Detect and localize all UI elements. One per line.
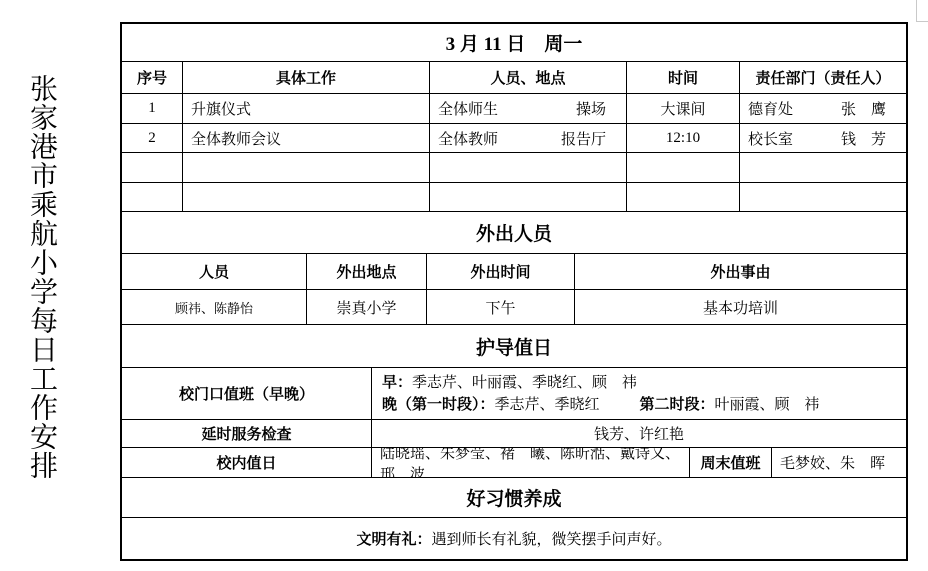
delay-check-row: 延时服务检查 钱芳、许红艳 (122, 420, 906, 448)
cell-task: 升旗仪式 (183, 94, 430, 123)
main-column-header-row: 序号 具体工作 人员、地点 时间 责任部门（责任人） (122, 62, 906, 94)
cell-task (183, 183, 430, 211)
campus-duty-names: 陆晓瑶、朱梦莹、褚 曦、陈昕湉、戴诗又、邢 波 (372, 448, 690, 477)
cell-personnel-place: 全体教师 报告厅 (430, 124, 627, 152)
col-header-task: 具体工作 (183, 62, 430, 93)
campus-duty-label: 校内值日 (122, 448, 372, 477)
vertical-page-title: 张家港市乘航小学每日工作安排 (24, 74, 60, 504)
table-row-empty (122, 183, 906, 212)
cell-dept (740, 153, 906, 182)
cell-dept-name: 德育处 (748, 98, 793, 119)
cell-personnel-place: 全体师生 操场 (430, 94, 627, 123)
cell-personnel: 全体师生 (438, 98, 498, 119)
cell-dept (740, 183, 906, 211)
duty-section-title: 护导值日 (122, 325, 906, 368)
gate-duty-evening-line: 晚（第一时段）：季志芹、季晓红第二时段：叶丽霞、顾 祎 (382, 394, 820, 416)
cell-dept-name: 校长室 (748, 128, 793, 149)
outing-place: 崇真小学 (307, 290, 427, 324)
cell-location: 报告厅 (561, 128, 606, 149)
cell-task: 全体教师会议 (183, 124, 430, 152)
weekend-duty-names: 毛梦姣、朱 晖 (772, 448, 906, 477)
second-period-names: 叶丽霞、顾 祎 (715, 397, 820, 413)
evening-label: 晚（第一时段）： (382, 397, 495, 413)
outing-column-header-row: 人员 外出地点 外出时间 外出事由 (122, 254, 906, 290)
outing-col-place: 外出地点 (307, 254, 427, 289)
habit-section-title: 好习惯养成 (122, 478, 906, 518)
schedule-table: 3 月 11 日 周一 序号 具体工作 人员、地点 时间 责任部门（责任人） 1… (120, 22, 908, 561)
cell-location: 操场 (576, 98, 606, 119)
cell-personnel: 全体教师 (438, 128, 498, 149)
outing-col-time: 外出时间 (427, 254, 575, 289)
col-header-personnel-place: 人员、地点 (430, 62, 627, 93)
morning-names: 季志芹、叶丽霞、季晓红、顾 祎 (412, 375, 637, 391)
outing-col-reason: 外出事由 (575, 254, 906, 289)
table-row: 1 升旗仪式 全体师生 操场 大课间 德育处 张 鹰 (122, 94, 906, 124)
civility-label: 文明有礼： (356, 528, 431, 549)
date-header: 3 月 11 日 周一 (122, 24, 906, 62)
outing-person: 顾祎、陈静怡 (122, 290, 307, 324)
gate-duty-morning-line: 早：季志芹、叶丽霞、季晓红、顾 祎 (382, 372, 637, 394)
col-header-no: 序号 (122, 62, 183, 93)
col-header-dept: 责任部门（责任人） (740, 62, 906, 93)
outing-data-row: 顾祎、陈静怡 崇真小学 下午 基本功培训 (122, 290, 906, 325)
cell-dept: 校长室 钱 芳 (740, 124, 906, 152)
cell-no (122, 153, 183, 182)
cell-no: 2 (122, 124, 183, 152)
cell-personnel-place (430, 153, 627, 182)
cell-no: 1 (122, 94, 183, 123)
cell-no (122, 183, 183, 211)
cell-time (627, 153, 740, 182)
second-period-label: 第二时段： (640, 397, 715, 413)
gate-duty-row: 校门口值班（早晚） 早：季志芹、叶丽霞、季晓红、顾 祎 晚（第一时段）：季志芹、… (122, 368, 906, 420)
civility-text: 遇到师长有礼貌，微笑摆手问声好。 (432, 528, 672, 549)
campus-duty-row: 校内值日 陆晓瑶、朱梦莹、褚 曦、陈昕湉、戴诗又、邢 波 周末值班 毛梦姣、朱 … (122, 448, 906, 478)
table-row: 2 全体教师会议 全体教师 报告厅 12:10 校长室 钱 芳 (122, 124, 906, 153)
cell-dept: 德育处 张 鹰 (740, 94, 906, 123)
gate-duty-label: 校门口值班（早晚） (122, 368, 372, 419)
cell-time (627, 183, 740, 211)
cell-task (183, 153, 430, 182)
civility-row: 文明有礼：遇到师长有礼貌，微笑摆手问声好。 (122, 518, 906, 559)
outing-section-title: 外出人员 (122, 212, 906, 254)
civility-content: 文明有礼：遇到师长有礼貌，微笑摆手问声好。 (122, 518, 906, 559)
morning-label: 早： (382, 375, 412, 391)
cell-person-name: 钱 芳 (841, 128, 886, 149)
outing-col-person: 人员 (122, 254, 307, 289)
gate-duty-content: 早：季志芹、叶丽霞、季晓红、顾 祎 晚（第一时段）：季志芹、季晓红第二时段：叶丽… (372, 368, 906, 419)
weekend-duty-label: 周末值班 (690, 448, 772, 477)
evening-names: 季志芹、季晓红 (495, 397, 600, 413)
corner-cell-box (916, 0, 928, 22)
cell-person-name: 张 鹰 (841, 98, 886, 119)
delay-check-label: 延时服务检查 (122, 420, 372, 447)
col-header-time: 时间 (627, 62, 740, 93)
cell-personnel-place (430, 183, 627, 211)
daily-schedule-page: 张家港市乘航小学每日工作安排 3 月 11 日 周一 序号 具体工作 人员、地点… (0, 0, 928, 571)
cell-time: 大课间 (627, 94, 740, 123)
table-row-empty (122, 153, 906, 183)
outing-time: 下午 (427, 290, 575, 324)
outing-reason: 基本功培训 (575, 290, 906, 324)
cell-time: 12:10 (627, 124, 740, 152)
delay-check-names: 钱芳、许红艳 (372, 420, 906, 447)
